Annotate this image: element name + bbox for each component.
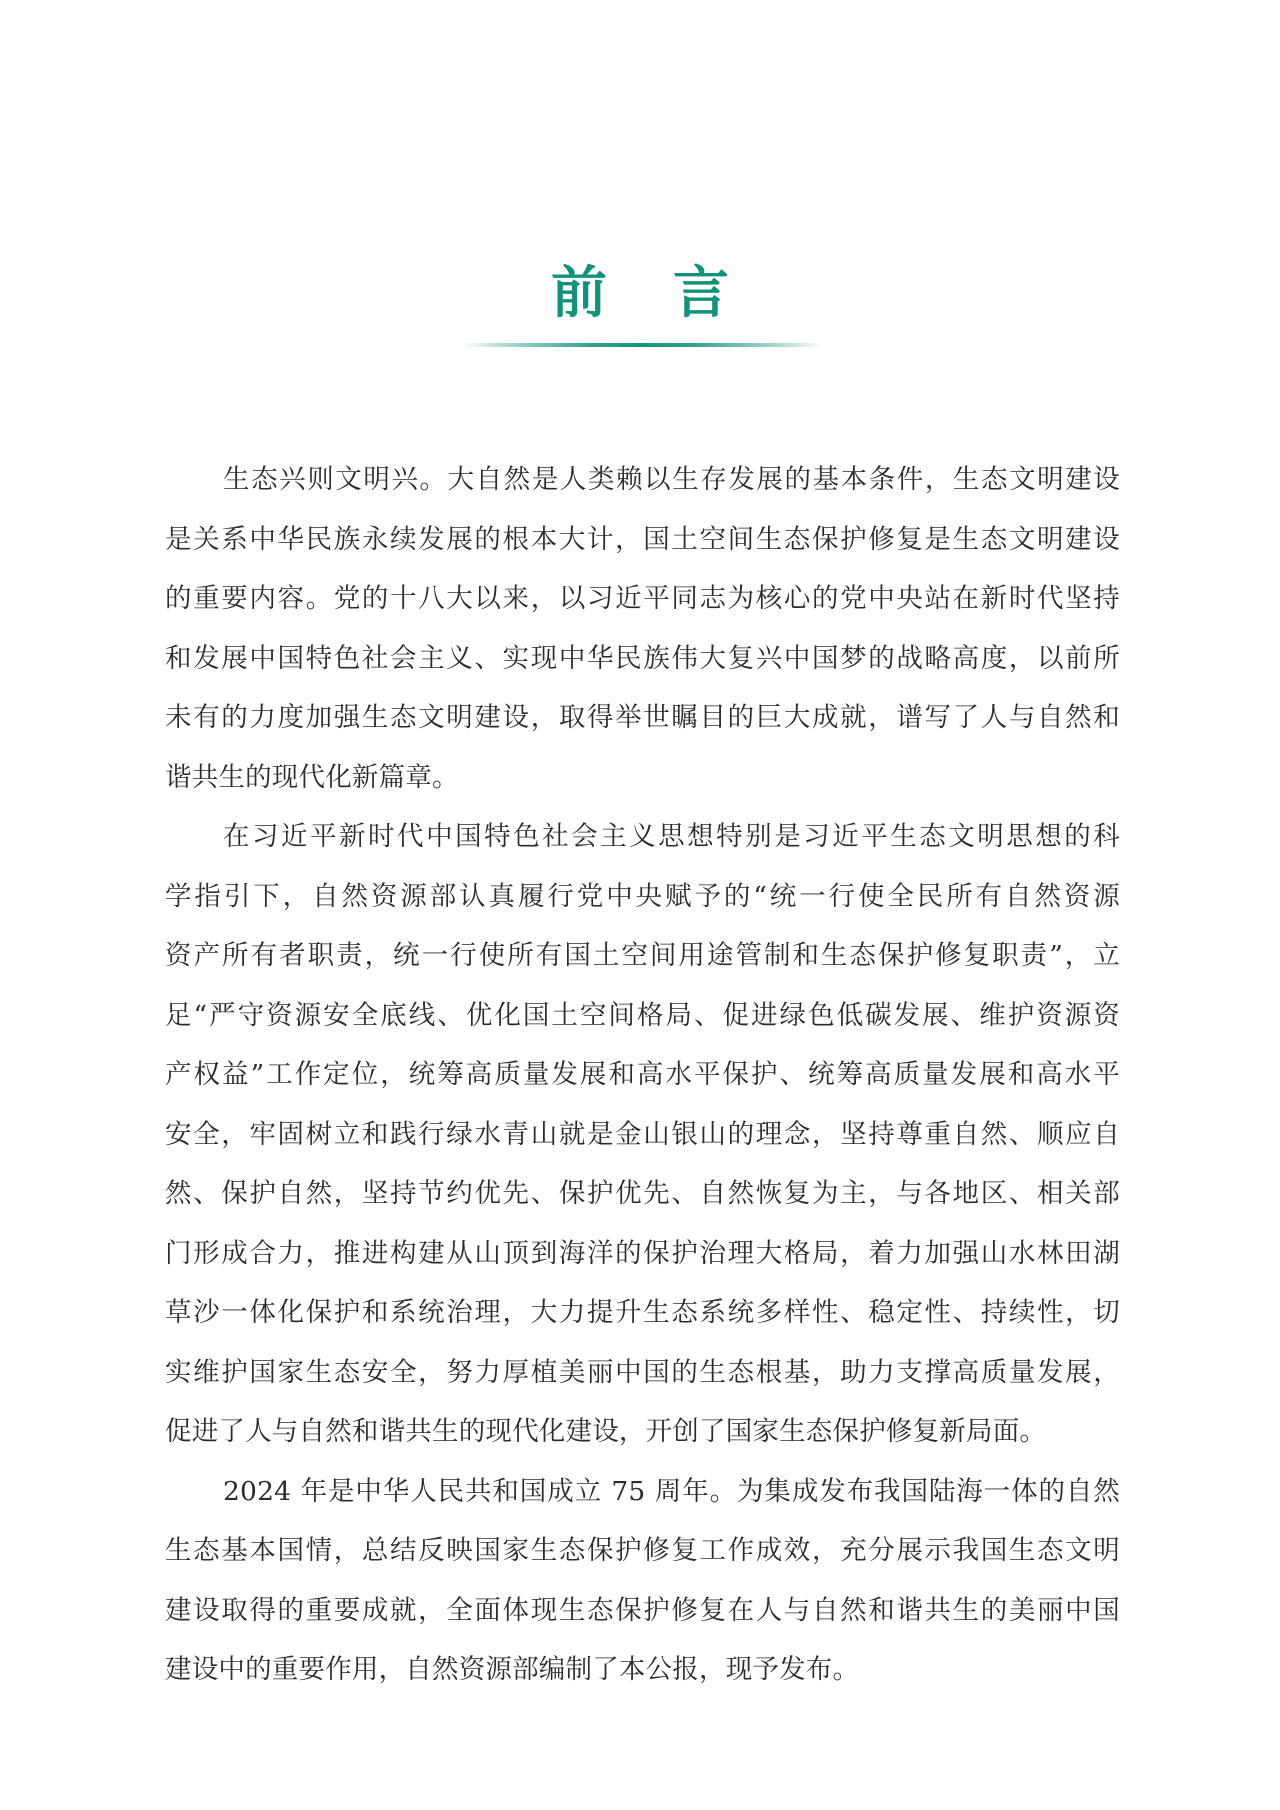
text-line: 是关系中华民族永续发展的根本大计，国土空间生态保护修复是生态文明建设	[165, 510, 1120, 570]
body-text: 生态兴则文明兴。大自然是人类赖以生存发展的基本条件，生态文明建设 是关系中华民族…	[165, 450, 1120, 1700]
text-line: 然、保护自然，坚持节约优先、保护优先、自然恢复为主，与各地区、相关部	[165, 1164, 1120, 1224]
text-line: 实维护国家生态安全，努力厚植美丽中国的生态根基，助力支撑高质量发展，	[165, 1343, 1120, 1403]
title-block: 前 言	[0, 258, 1280, 330]
paragraph-1: 生态兴则文明兴。大自然是人类赖以生存发展的基本条件，生态文明建设 是关系中华民族…	[165, 450, 1120, 807]
text-line: 门形成合力，推进构建从山顶到海洋的保护治理大格局，着力加强山水林田湖	[165, 1224, 1120, 1284]
page-title: 前 言	[551, 258, 729, 330]
text-line: 在习近平新时代中国特色社会主义思想特别是习近平生态文明思想的科	[165, 807, 1120, 867]
text-line: 草沙一体化保护和系统治理，大力提升生态系统多样性、稳定性、持续性，切	[165, 1283, 1120, 1343]
text-line: 建设取得的重要成就，全面体现生态保护修复在人与自然和谐共生的美丽中国	[165, 1581, 1120, 1641]
title-underline-divider	[462, 343, 822, 347]
paragraph-2: 在习近平新时代中国特色社会主义思想特别是习近平生态文明思想的科 学指引下，自然资…	[165, 807, 1120, 1462]
text-line: 促进了人与自然和谐共生的现代化建设，开创了国家生态保护修复新局面。	[165, 1402, 1120, 1462]
text-line: 2024 年是中华人民共和国成立 75 周年。为集成发布我国陆海一体的自然	[165, 1462, 1120, 1522]
text-line: 生态基本国情，总结反映国家生态保护修复工作成效，充分展示我国生态文明	[165, 1521, 1120, 1581]
title-char-2: 言	[673, 258, 729, 330]
text-line: 的重要内容。党的十八大以来，以习近平同志为核心的党中央站在新时代坚持	[165, 569, 1120, 629]
text-line: 谐共生的现代化新篇章。	[165, 748, 1120, 808]
title-char-1: 前	[551, 258, 607, 330]
text-line: 安全，牢固树立和践行绿水青山就是金山银山的理念，坚持尊重自然、顺应自	[165, 1105, 1120, 1165]
text-line: 建设中的重要作用，自然资源部编制了本公报，现予发布。	[165, 1640, 1120, 1700]
text-line: 产权益”工作定位，统筹高质量发展和高水平保护、统筹高质量发展和高水平	[165, 1045, 1120, 1105]
document-page: 前 言 生态兴则文明兴。大自然是人类赖以生存发展的基本条件，生态文明建设 是关系…	[0, 0, 1280, 1810]
text-line: 足“严守资源安全底线、优化国土空间格局、促进绿色低碳发展、维护资源资	[165, 986, 1120, 1046]
text-line: 和发展中国特色社会主义、实现中华民族伟大复兴中国梦的战略高度，以前所	[165, 629, 1120, 689]
text-line: 学指引下，自然资源部认真履行党中央赋予的“统一行使全民所有自然资源	[165, 867, 1120, 927]
text-line: 生态兴则文明兴。大自然是人类赖以生存发展的基本条件，生态文明建设	[165, 450, 1120, 510]
text-line: 资产所有者职责，统一行使所有国土空间用途管制和生态保护修复职责”，立	[165, 926, 1120, 986]
text-line: 未有的力度加强生态文明建设，取得举世瞩目的巨大成就，谱写了人与自然和	[165, 688, 1120, 748]
paragraph-3: 2024 年是中华人民共和国成立 75 周年。为集成发布我国陆海一体的自然 生态…	[165, 1462, 1120, 1700]
